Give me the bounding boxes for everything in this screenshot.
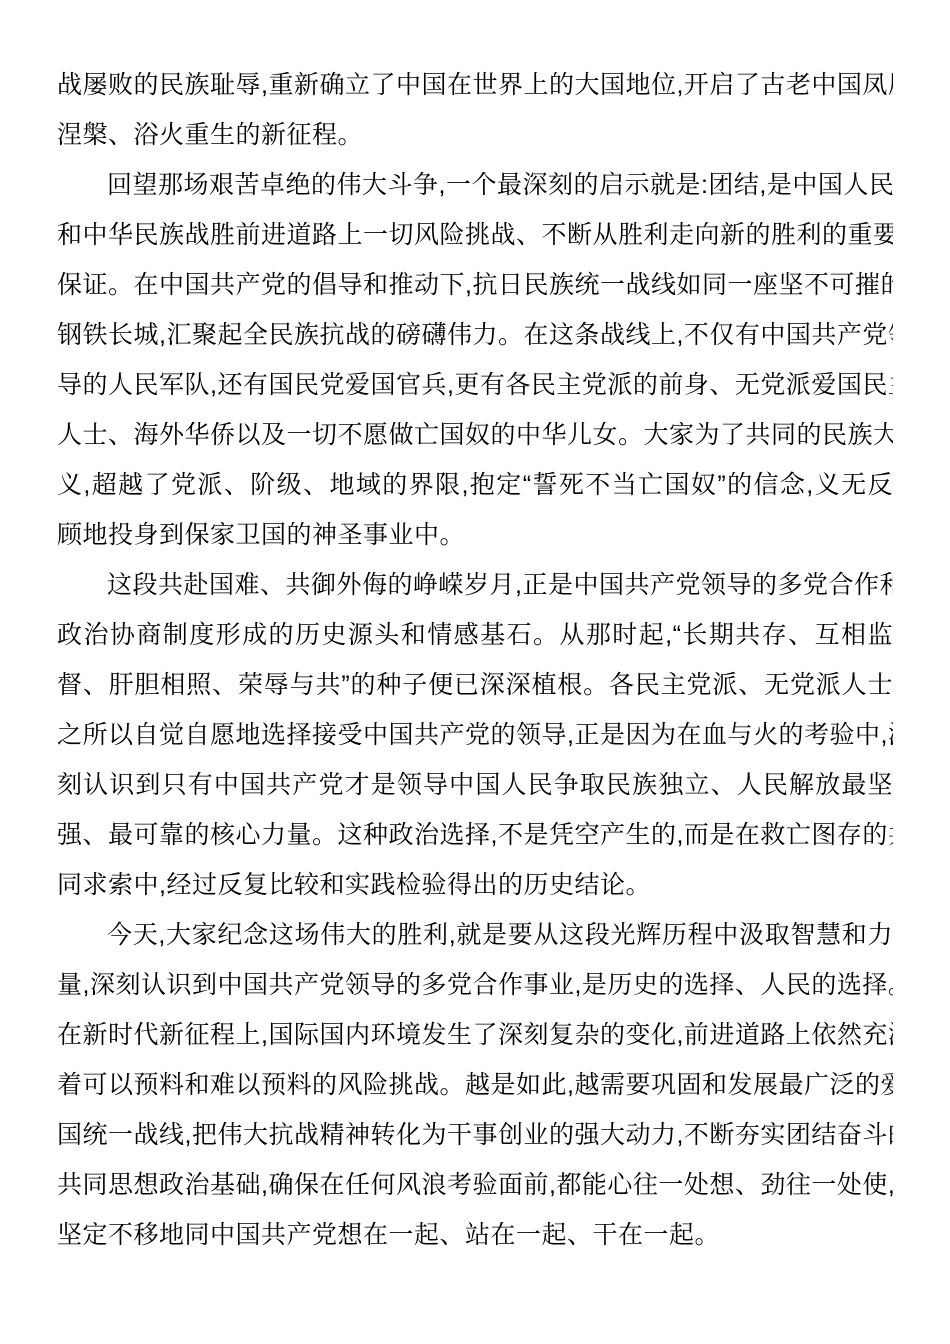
- text-line: 这段共赴国难、共御外侮的峥嵘岁月,正是中国共产党领导的多党合作和: [57, 560, 893, 610]
- text-line: 国统一战线,把伟大抗战精神转化为干事创业的强大动力,不断夯实团结奋斗的: [57, 1110, 893, 1160]
- text-line: 战屡败的民族耻辱,重新确立了中国在世界上的大国地位,开启了古老中国凤凰: [57, 60, 893, 110]
- text-line: 同求索中,经过反复比较和实践检验得出的历史结论。: [57, 860, 893, 910]
- text-line: 义,超越了党派、阶级、地域的界限,抱定“誓死不当亡国奴”的信念,义无反: [57, 460, 893, 510]
- text-line: 督、肝胆相照、荣辱与共”的种子便已深深植根。各民主党派、无党派人士: [57, 660, 893, 710]
- paragraph-3: 这段共赴国难、共御外侮的峥嵘岁月,正是中国共产党领导的多党合作和 政治协商制度形…: [57, 560, 893, 910]
- text-line: 政治协商制度形成的历史源头和情感基石。从那时起,“长期共存、互相监: [57, 610, 893, 660]
- text-line: 回望那场艰苦卓绝的伟大斗争,一个最深刻的启示就是:团结,是中国人民: [57, 160, 893, 210]
- text-line: 今天,大家纪念这场伟大的胜利,就是要从这段光辉历程中汲取智慧和力: [57, 910, 893, 960]
- text-line: 着可以预料和难以预料的风险挑战。越是如此,越需要巩固和发展最广泛的爱: [57, 1060, 893, 1110]
- text-line: 量,深刻认识到中国共产党领导的多党合作事业,是历史的选择、人民的选择。: [57, 960, 893, 1010]
- text-line: 之所以自觉自愿地选择接受中国共产党的领导,正是因为在血与火的考验中,深: [57, 710, 893, 760]
- text-line: 和中华民族战胜前进道路上一切风险挑战、不断从胜利走向新的胜利的重要: [57, 210, 893, 260]
- text-line: 人士、海外华侨以及一切不愿做亡国奴的中华儿女。大家为了共同的民族大: [57, 410, 893, 460]
- document-page: 战屡败的民族耻辱,重新确立了中国在世界上的大国地位,开启了古老中国凤凰 涅槃、浴…: [0, 0, 950, 1344]
- text-line: 导的人民军队,还有国民党爱国官兵,更有各民主党派的前身、无党派爱国民主: [57, 360, 893, 410]
- paragraph-2: 回望那场艰苦卓绝的伟大斗争,一个最深刻的启示就是:团结,是中国人民 和中华民族战…: [57, 160, 893, 560]
- text-line: 涅槃、浴火重生的新征程。: [57, 110, 893, 160]
- text-line: 钢铁长城,汇聚起全民族抗战的磅礴伟力。在这条战线上,不仅有中国共产党领: [57, 310, 893, 360]
- text-line: 共同思想政治基础,确保在任何风浪考验面前,都能心往一处想、劲往一处使,: [57, 1160, 893, 1210]
- text-line: 保证。在中国共产党的倡导和推动下,抗日民族统一战线如同一座坚不可摧的: [57, 260, 893, 310]
- text-line: 顾地投身到保家卫国的神圣事业中。: [57, 510, 893, 560]
- text-line: 在新时代新征程上,国际国内环境发生了深刻复杂的变化,前进道路上依然充满: [57, 1010, 893, 1060]
- text-line: 刻认识到只有中国共产党才是领导中国人民争取民族独立、人民解放最坚: [57, 760, 893, 810]
- text-line: 坚定不移地同中国共产党想在一起、站在一起、干在一起。: [57, 1210, 893, 1260]
- paragraph-1: 战屡败的民族耻辱,重新确立了中国在世界上的大国地位,开启了古老中国凤凰 涅槃、浴…: [57, 60, 893, 160]
- paragraph-4: 今天,大家纪念这场伟大的胜利,就是要从这段光辉历程中汲取智慧和力 量,深刻认识到…: [57, 910, 893, 1260]
- text-line: 强、最可靠的核心力量。这种政治选择,不是凭空产生的,而是在救亡图存的共: [57, 810, 893, 860]
